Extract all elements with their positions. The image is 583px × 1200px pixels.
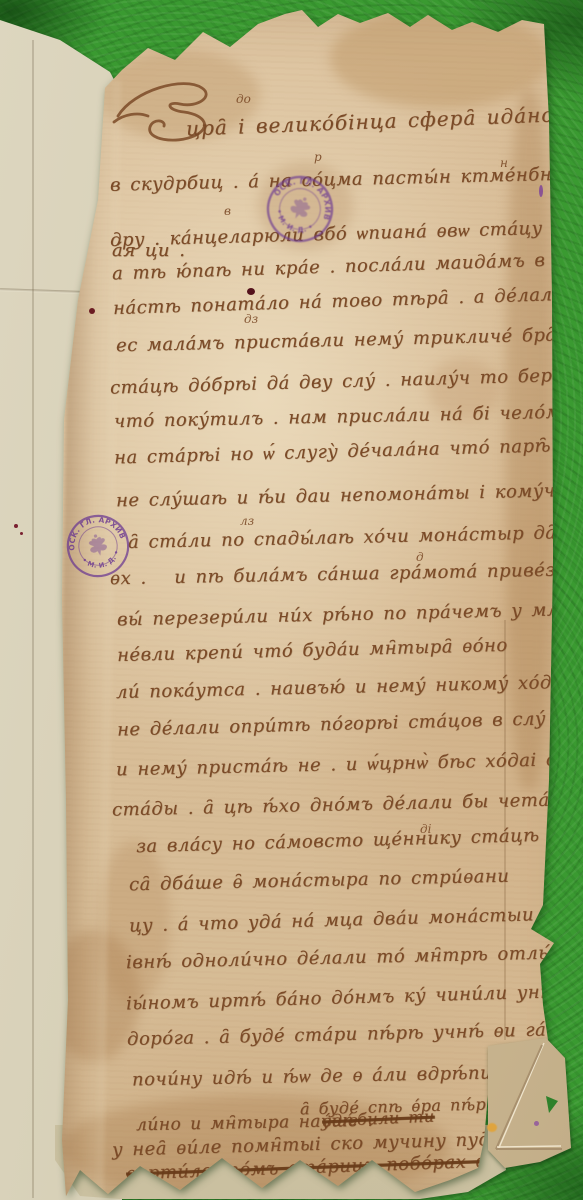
flap-crease-lines xyxy=(480,1035,580,1175)
tear-notch xyxy=(0,0,583,1200)
ink-spot xyxy=(534,1121,539,1126)
folded-corner-flap xyxy=(0,0,583,1200)
corner-flap-wrap xyxy=(0,0,583,1200)
wax-spot xyxy=(487,1123,497,1132)
photo-canvas: цра̑ і велико́бінца сфера̑ ида́ноли в ск… xyxy=(0,0,583,1200)
ink-spot xyxy=(539,185,543,197)
